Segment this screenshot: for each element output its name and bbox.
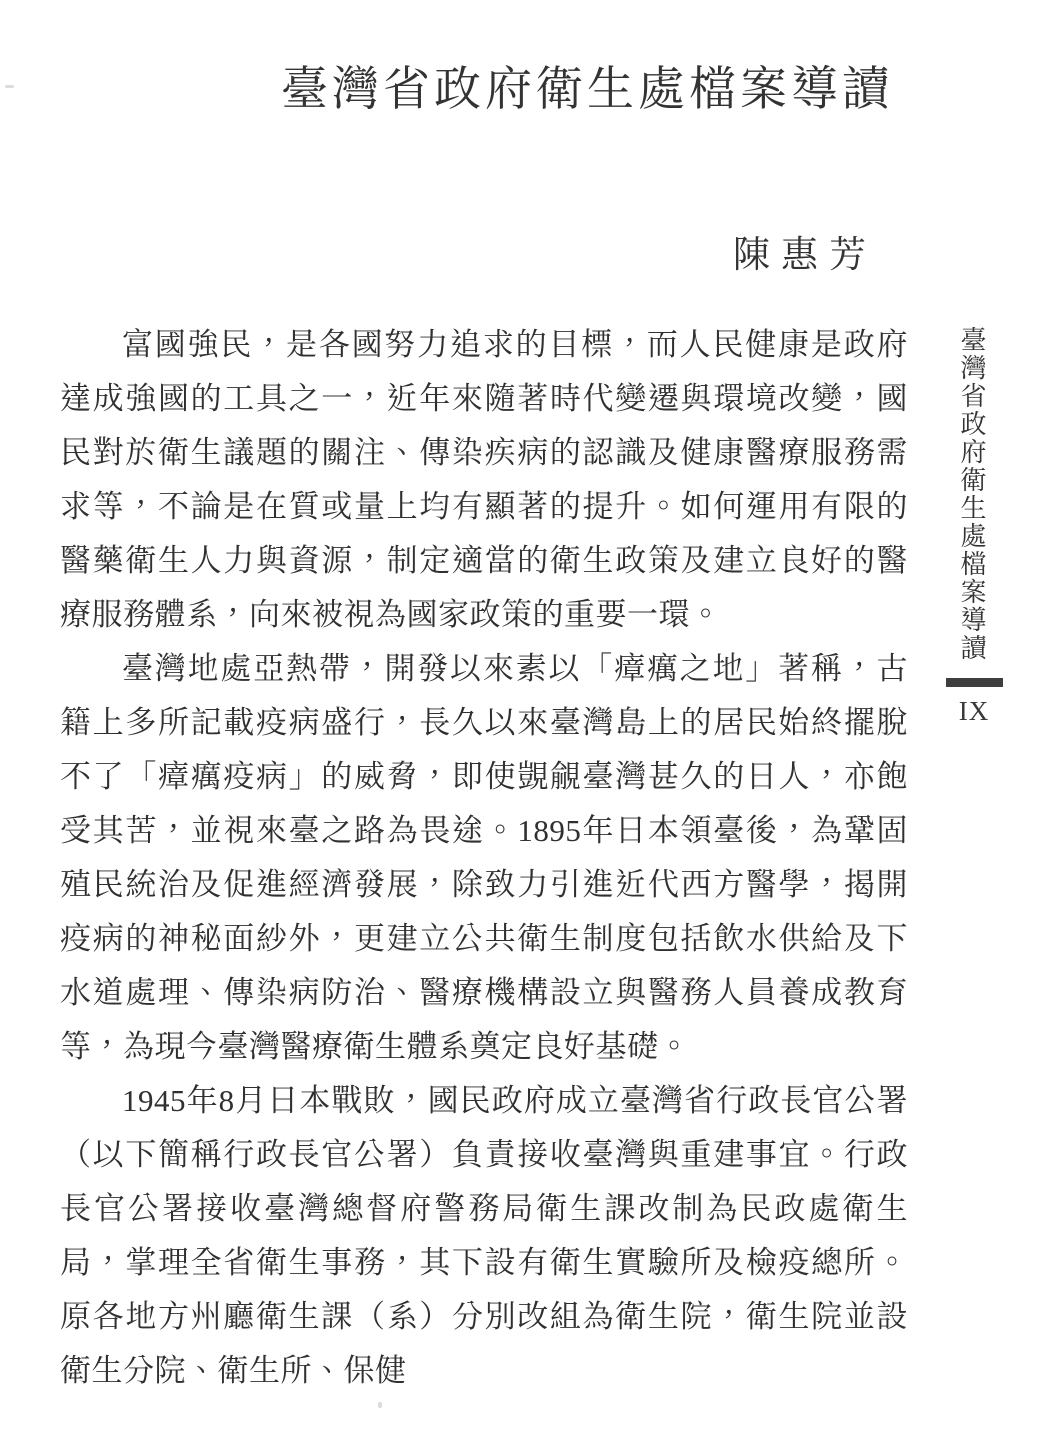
margin-divider-bar bbox=[946, 678, 1003, 687]
paragraph-1: 富國強民，是各國努力追求的目標，而人民健康是政府達成強國的工具之一，近年來隨著時… bbox=[60, 318, 908, 642]
scan-speck bbox=[378, 1402, 382, 1408]
page-number: IX bbox=[944, 696, 1004, 727]
author-name: 陳惠芳 bbox=[733, 224, 877, 278]
scanned-page: 臺灣省政府衛生處檔案導讀 陳惠芳 富國強民，是各國努力追求的目標，而人民健康是政… bbox=[0, 0, 1037, 1445]
paragraph-2: 臺灣地處亞熱帶，開發以來素以「瘴癘之地」著稱，古籍上多所記載疫病盛行，長久以來臺… bbox=[60, 642, 908, 1074]
document-body: 富國強民，是各國努力追求的目標，而人民健康是政府達成強國的工具之一，近年來隨著時… bbox=[60, 318, 908, 1398]
scan-speck bbox=[5, 85, 14, 88]
paragraph-3: 1945年8月日本戰敗，國民政府成立臺灣省行政長官公署（以下簡稱行政長官公署）負… bbox=[60, 1074, 908, 1398]
running-title-vertical: 臺灣省政府衛生處檔案導讀 bbox=[956, 326, 986, 662]
page-title: 臺灣省政府衛生處檔案導讀 bbox=[281, 52, 893, 119]
